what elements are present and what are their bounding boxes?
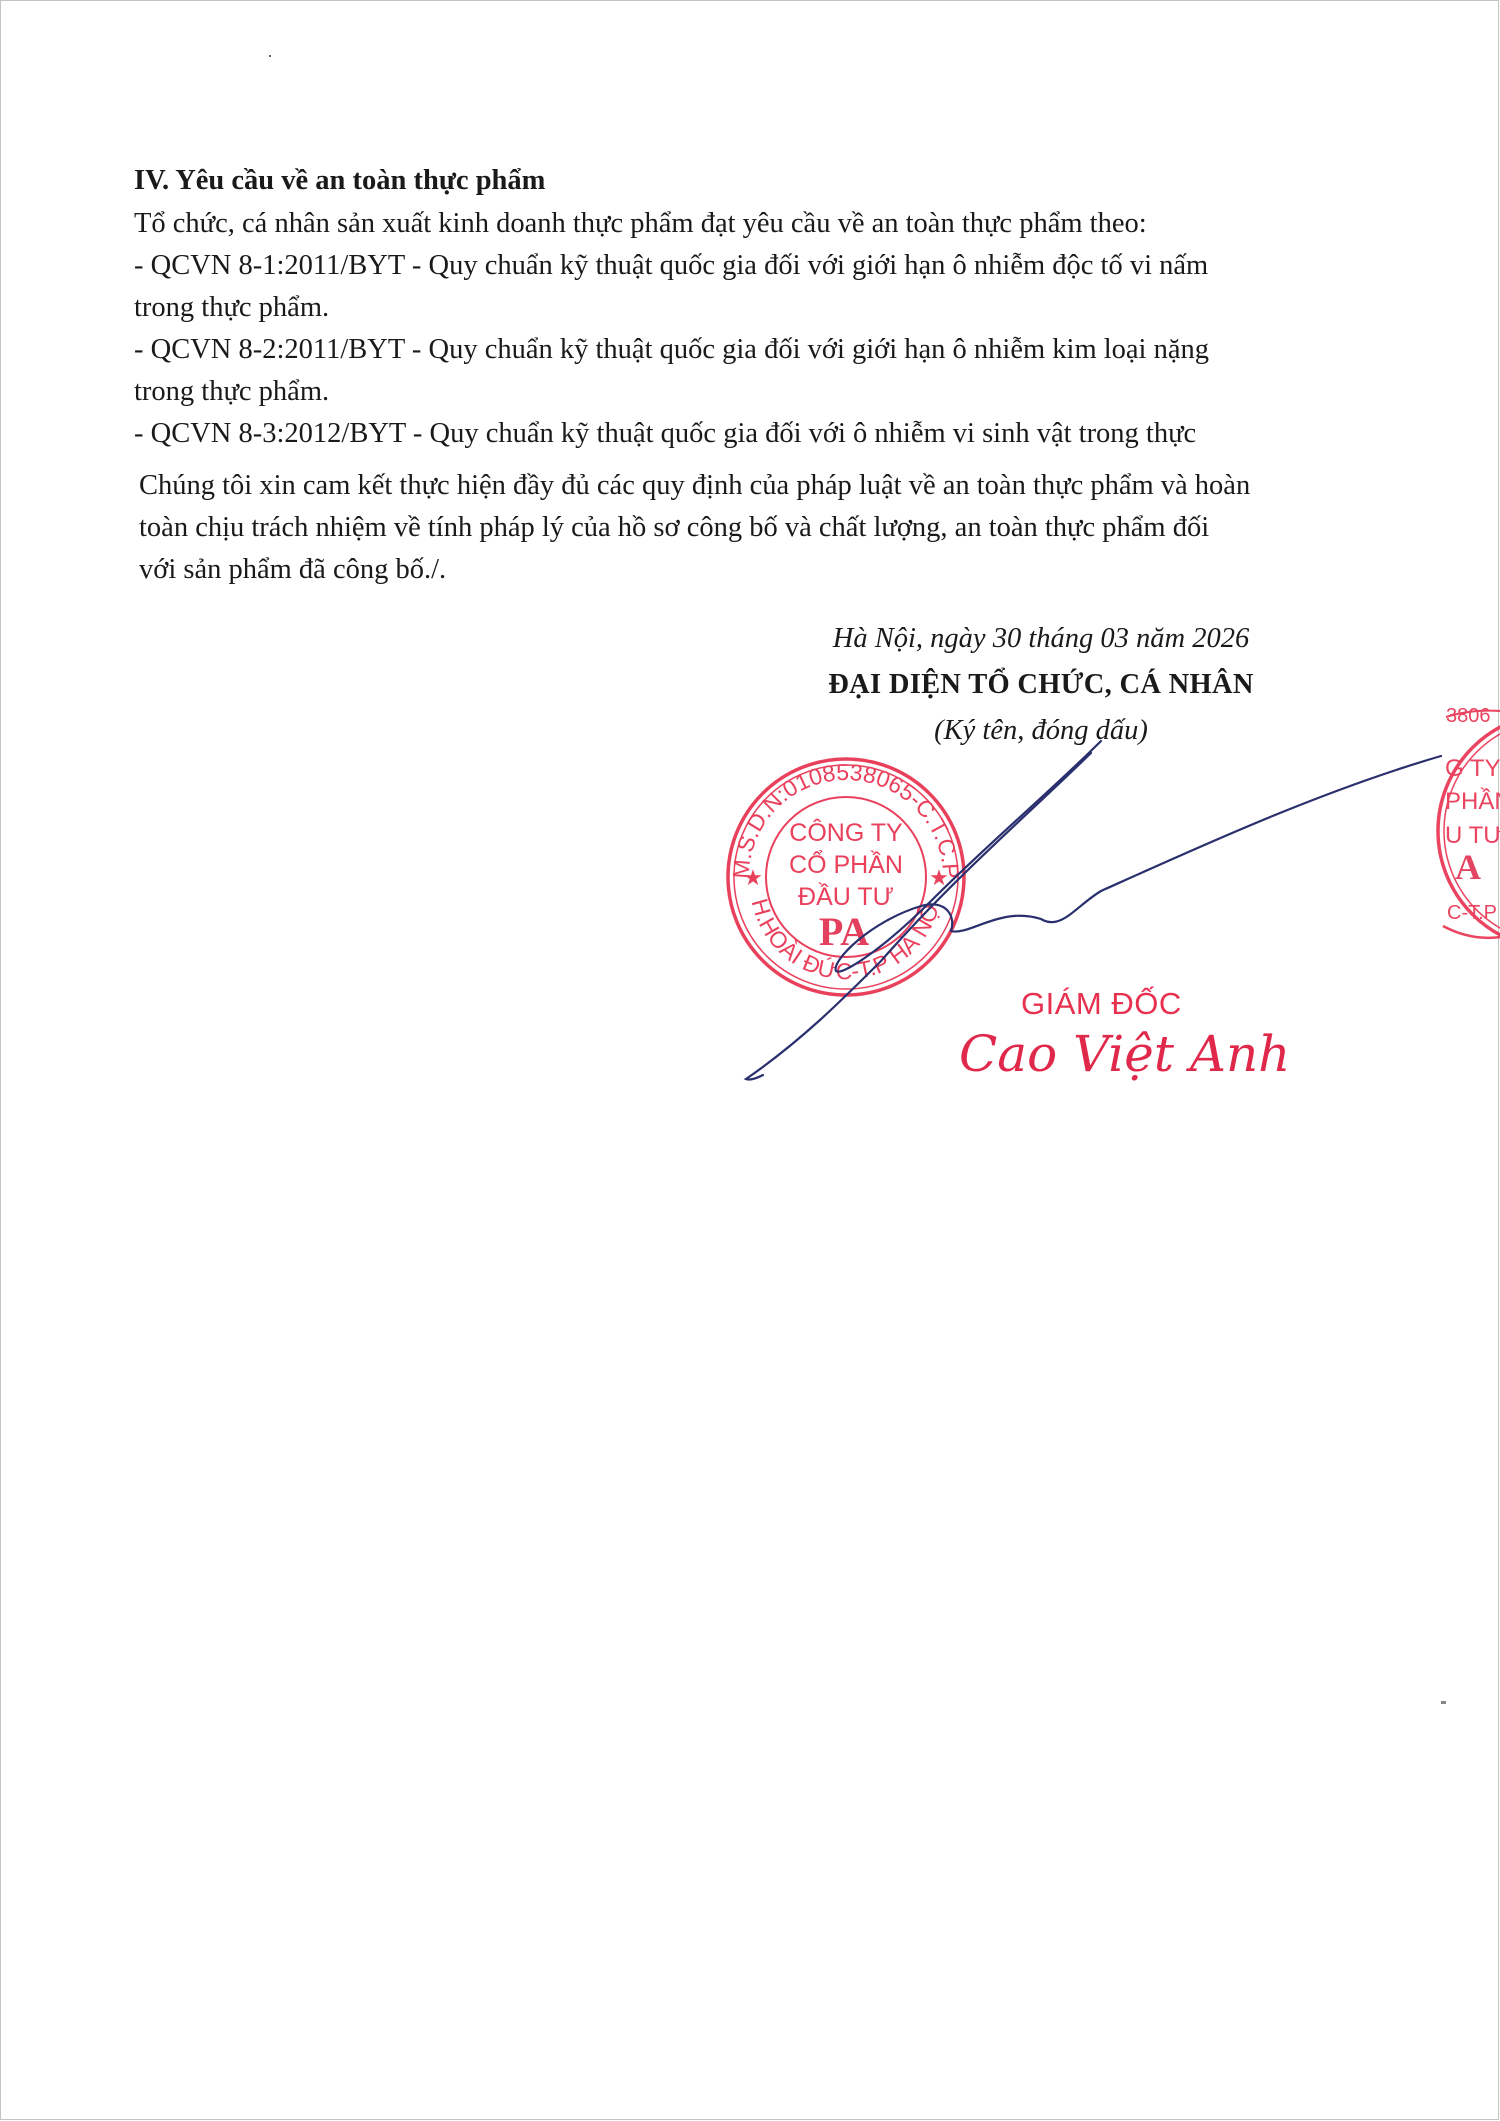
document-page: IV. Yêu cầu về an toàn thực phẩm Tổ chức…: [0, 0, 1499, 2120]
star-icon: ★: [743, 865, 763, 890]
requirement-1-line-2: trong thực phẩm.: [134, 291, 329, 325]
stamp-mark: PA: [819, 909, 869, 954]
partial-stamp: 3806 G TY PHẦN U TƯ A C-T.P: [1438, 705, 1500, 949]
signer-position: GIÁM ĐỐC: [1021, 986, 1182, 1022]
section-heading: IV. Yêu cầu về an toàn thực phẩm: [134, 164, 545, 198]
star-icon: ★: [929, 865, 949, 890]
svg-text:G TY: G TY: [1445, 755, 1500, 782]
commitment-line-3: với sản phẩm đã công bố./.: [139, 553, 446, 587]
svg-text:U TƯ: U TƯ: [1445, 822, 1500, 849]
scan-speck: [269, 55, 271, 57]
scan-speck: [1441, 1701, 1446, 1704]
requirement-1-line-1: - QCVN 8-1:2011/BYT - Quy chuẩn kỹ thuật…: [134, 249, 1208, 283]
requirement-3-line-1: - QCVN 8-3:2012/BYT - Quy chuẩn kỹ thuật…: [134, 417, 1196, 451]
intro-text: Tổ chức, cá nhân sản xuất kinh doanh thự…: [134, 207, 1147, 241]
stamp-ring-top: M.S.D.N:0108538065-C.T.C.P: [728, 759, 965, 880]
requirement-2-line-1: - QCVN 8-2:2011/BYT - Quy chuẩn kỹ thuật…: [134, 333, 1209, 367]
stamp-center-line-3: ĐẦU TƯ: [798, 882, 894, 911]
stamp-center-line-1: CÔNG TY: [789, 818, 903, 847]
commitment-line-1: Chúng tôi xin cam kết thực hiện đầy đủ c…: [139, 469, 1250, 503]
svg-text:3806: 3806: [1446, 705, 1491, 727]
signature-title: ĐẠI DIỆN TỔ CHỨC, CÁ NHÂN: [761, 669, 1321, 701]
stamp-center-line-2: CỔ PHẦN: [789, 849, 903, 879]
requirement-2-line-2: trong thực phẩm.: [134, 375, 329, 409]
svg-text:PHẦN: PHẦN: [1445, 787, 1500, 815]
signer-name: Cao Việt Anh: [959, 1025, 1290, 1083]
signature-date: Hà Nội, ngày 30 tháng 03 năm 2026: [761, 623, 1321, 655]
commitment-line-2: toàn chịu trách nhiệm về tính pháp lý củ…: [139, 511, 1209, 545]
svg-text:C-T.P: C-T.P: [1447, 902, 1497, 924]
svg-text:A: A: [1455, 847, 1481, 887]
signature-note: (Ký tên, đóng dấu): [761, 715, 1321, 747]
